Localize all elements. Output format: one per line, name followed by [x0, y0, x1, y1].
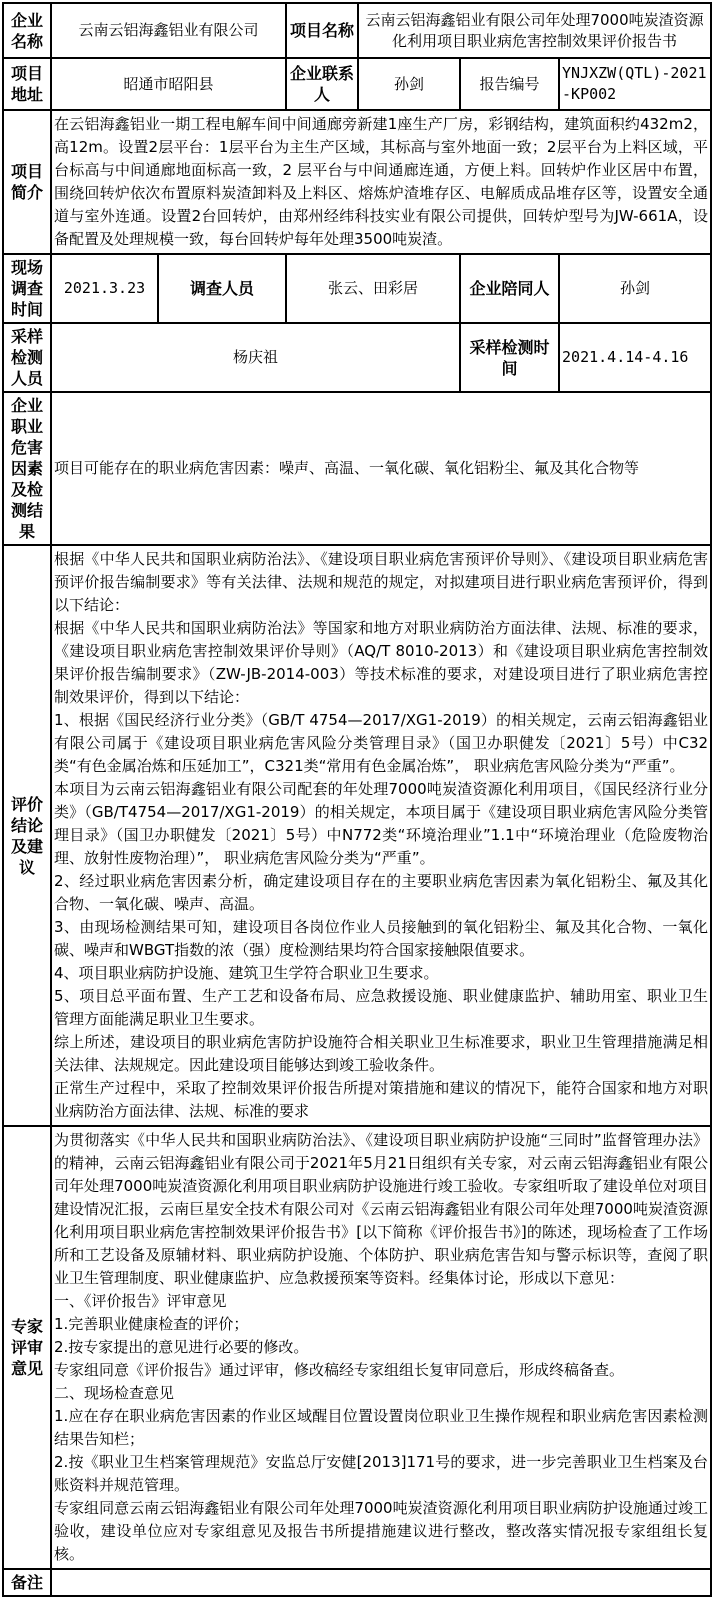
- conclusion-label: 评价 结论 及建 议: [3, 545, 51, 1126]
- row-company: 企业 名称 云南云铝海鑫铝业有限公司 项目名称 云南云铝海鑫铝业有限公司年处理7…: [3, 3, 711, 58]
- company-name-label: 企业 名称: [3, 3, 51, 58]
- row-conclusion: 评价 结论 及建 议 根据《中华人民共和国职业病防治法》、《建设项目职业病危害预…: [3, 545, 711, 1126]
- row-site-survey: 现场 调查 时间 2021.3.23 调查人员 张云、田彩居 企业陪同人 孙剑: [3, 254, 711, 323]
- report-number-value: YNJXZW(QTL)-2021-KP002: [559, 58, 711, 110]
- company-contact-label: 企业联系 人: [286, 58, 358, 110]
- hazard-factors-label: 企业 职业 危害 因素 及检 测结 果: [3, 392, 51, 545]
- report-number-label: 报告编号: [460, 58, 559, 110]
- project-name-label: 项目名称: [286, 3, 358, 58]
- sampling-personnel-value: 杨庆祖: [51, 323, 460, 392]
- sampling-personnel-label: 采样 检测 人员: [3, 323, 51, 392]
- expert-review-text: 为贯彻落实《中华人民共和国职业病防治法》、《建设项目职业病防护设施“三同时”监督…: [51, 1126, 711, 1569]
- row-project-intro: 项目 简介 在云铝海鑫铝业一期工程电解车间中间通廊旁新建1座生产厂房，彩钢结构，…: [3, 110, 711, 254]
- row-remarks: 备注: [3, 1569, 711, 1596]
- company-name-value: 云南云铝海鑫铝业有限公司: [51, 3, 286, 58]
- survey-personnel-label: 调查人员: [158, 254, 286, 323]
- row-sampling: 采样 检测 人员 杨庆祖 采样检测时 间 2021.4.14-4.16: [3, 323, 711, 392]
- project-address-value: 昭通市昭阳县: [51, 58, 286, 110]
- escort-label: 企业陪同人: [460, 254, 559, 323]
- remarks-text: [51, 1569, 711, 1596]
- row-expert-review: 专家 评审 意见 为贯彻落实《中华人民共和国职业病防治法》、《建设项目职业病防护…: [3, 1126, 711, 1569]
- row-address: 项目 地址 昭通市昭阳县 企业联系 人 孙剑 报告编号 YNJXZW(QTL)-…: [3, 58, 711, 110]
- company-contact-value: 孙剑: [358, 58, 460, 110]
- survey-time-label: 现场 调查 时间: [3, 254, 51, 323]
- project-address-label: 项目 地址: [3, 58, 51, 110]
- conclusion-text: 根据《中华人民共和国职业病防治法》、《建设项目职业病危害预评价导则》、《建设项目…: [51, 545, 711, 1126]
- project-intro-text: 在云铝海鑫铝业一期工程电解车间中间通廊旁新建1座生产厂房，彩钢结构，建筑面积约4…: [51, 110, 711, 254]
- expert-review-label: 专家 评审 意见: [3, 1126, 51, 1569]
- row-hazard-factors: 企业 职业 危害 因素 及检 测结 果 项目可能存在的职业病危害因素：噪声、高温…: [3, 392, 711, 545]
- escort-value: 孙剑: [559, 254, 711, 323]
- survey-date-value: 2021.3.23: [51, 254, 158, 323]
- project-name-value: 云南云铝海鑫铝业有限公司年处理7000吨炭渣资源化利用项目职业病危害控制效果评价…: [358, 3, 711, 58]
- survey-personnel-value: 张云、田彩居: [286, 254, 460, 323]
- remarks-label: 备注: [3, 1569, 51, 1596]
- sampling-time-label: 采样检测时 间: [460, 323, 559, 392]
- hazard-factors-text: 项目可能存在的职业病危害因素：噪声、高温、一氧化碳、氧化铝粉尘、氟及其化合物等: [51, 392, 711, 545]
- evaluation-report-table: 企业 名称 云南云铝海鑫铝业有限公司 项目名称 云南云铝海鑫铝业有限公司年处理7…: [2, 2, 712, 1597]
- sampling-time-value: 2021.4.14-4.16: [559, 323, 711, 392]
- project-intro-label: 项目 简介: [3, 110, 51, 254]
